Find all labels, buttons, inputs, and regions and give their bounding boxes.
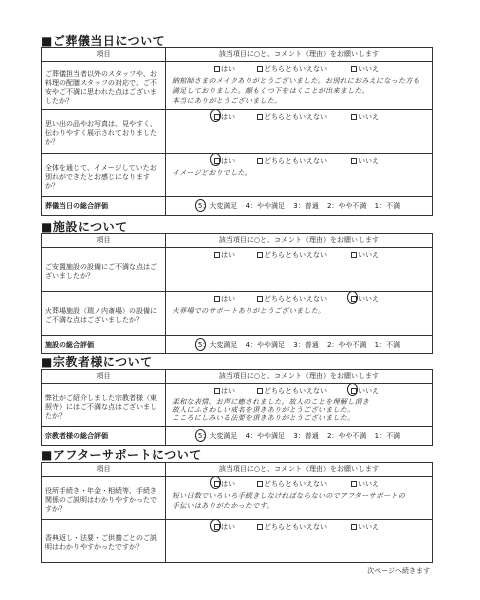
option-yes[interactable]: はい bbox=[214, 64, 235, 74]
header-item: 項目 bbox=[42, 463, 166, 477]
header-answer: 該当項目に○と、コメント（理由）をお願いします bbox=[166, 234, 433, 248]
option-no[interactable]: いいえ bbox=[351, 386, 379, 396]
option-no[interactable]: いいえ bbox=[351, 522, 379, 532]
checkbox-icon bbox=[351, 66, 357, 72]
section-title-facility: ■施設について bbox=[41, 220, 128, 234]
option-neutral[interactable]: どちらともいえない bbox=[257, 479, 327, 489]
answer-cell: はい どちらともいえない いいえ 納棺師さまのメイクありがとうございました。お別… bbox=[166, 62, 433, 110]
answer-cell: はい どちらともいえない いいえ 火葬場でのサポートありがとうございました。 bbox=[166, 292, 433, 336]
question-row: 弊社がご紹介しました宗教者様（東照寺）にはご不満な点はございましたか？ はい ど… bbox=[42, 384, 433, 427]
question-text: 役所手続き・年金・相続等、手続き関係のご説明はわかりやすかったですか？ bbox=[42, 477, 166, 520]
question-row: ご葬儀担当者以外のスタッフや、お料理の配膳スタッフの対応で、ご不安やご不満に思わ… bbox=[42, 62, 433, 110]
option-no[interactable]: いいえ bbox=[351, 250, 379, 260]
checkbox-icon bbox=[257, 524, 263, 530]
rating-option-4[interactable]: 4：やや満足 bbox=[246, 432, 285, 440]
rating-scale: 5：大変満足 4：やや満足 3：普通 2：やや不満 1：不満 bbox=[166, 336, 433, 354]
checkbox-icon bbox=[257, 252, 263, 258]
handwritten-comment: 納棺師さまのメイクありがとうございました。お別れにおみえになった方も満足しており… bbox=[166, 74, 432, 106]
rating-option-5[interactable]: 5：大変満足 bbox=[198, 202, 237, 210]
option-no[interactable]: いいえ bbox=[351, 479, 379, 489]
rating-label: 葬儀当日の総合評価 bbox=[42, 197, 166, 216]
survey-table-facility: 項目 該当項目に○と、コメント（理由）をお願いします ご安置施設の設備にご不満な… bbox=[41, 233, 433, 354]
checkbox-icon bbox=[214, 66, 220, 72]
survey-table-after-support: 項目 該当項目に○と、コメント（理由）をお願いします 役所手続き・年金・相続等、… bbox=[41, 462, 433, 563]
option-yes[interactable]: はい bbox=[214, 112, 235, 122]
checkbox-icon bbox=[214, 388, 220, 394]
option-group: はい どちらともいえない いいえ bbox=[166, 248, 432, 260]
answer-cell: はい どちらともいえない いいえ bbox=[166, 248, 433, 292]
header-answer: 該当項目に○と、コメント（理由）をお願いします bbox=[166, 370, 433, 384]
option-group: はい どちらともいえない いいえ bbox=[166, 384, 432, 396]
rating-label: 宗教者様の総合評価 bbox=[42, 427, 166, 446]
option-neutral[interactable]: どちらともいえない bbox=[257, 250, 327, 260]
question-row: 思い出の品やお写真は、見やすく、伝わりやすく展示されておりましたか？ はい どち… bbox=[42, 110, 433, 154]
hand-circle-mark-icon bbox=[195, 429, 206, 442]
rating-option-2[interactable]: 2：やや不満 bbox=[327, 432, 366, 440]
option-neutral[interactable]: どちらともいえない bbox=[257, 386, 327, 396]
section-title-religious: ■宗教者様について bbox=[41, 355, 153, 369]
rating-option-3[interactable]: 3：普通 bbox=[293, 202, 318, 210]
option-no[interactable]: いいえ bbox=[351, 64, 379, 74]
handwritten-comment: イメージどおりでした。 bbox=[166, 166, 432, 178]
answer-cell: はい どちらともいえない いいえ イメージどおりでした。 bbox=[166, 154, 433, 197]
option-yes[interactable]: はい bbox=[214, 294, 235, 304]
rating-option-4[interactable]: 4：やや満足 bbox=[246, 341, 285, 349]
rating-option-1[interactable]: 1：不満 bbox=[375, 432, 400, 440]
question-row: ご安置施設の設備にご不満な点はございましたか？ はい どちらともいえない いいえ bbox=[42, 248, 433, 292]
option-neutral[interactable]: どちらともいえない bbox=[257, 112, 327, 122]
answer-cell: はい どちらともいえない いいえ 柔和な表情、お声に癒されました。故人のことを理… bbox=[166, 384, 433, 427]
question-row: 香典返し・法要・ご供養ごとのご説明はわかりやすかったですか？ はい どちらともい… bbox=[42, 520, 433, 563]
checkbox-icon bbox=[257, 388, 263, 394]
option-yes[interactable]: はい bbox=[214, 479, 235, 489]
handwritten-comment: 火葬場でのサポートありがとうございました。 bbox=[166, 304, 432, 316]
header-item: 項目 bbox=[42, 48, 166, 62]
option-yes[interactable]: はい bbox=[214, 250, 235, 260]
checkbox-icon bbox=[257, 296, 263, 302]
rating-label: 施設の総合評価 bbox=[42, 336, 166, 354]
question-text: 思い出の品やお写真は、見やすく、伝わりやすく展示されておりましたか？ bbox=[42, 110, 166, 154]
answer-cell: はい どちらともいえない いいえ bbox=[166, 520, 433, 563]
rating-option-3[interactable]: 3：普通 bbox=[293, 432, 318, 440]
option-neutral[interactable]: どちらともいえない bbox=[257, 156, 327, 166]
option-group: はい どちらともいえない いいえ bbox=[166, 520, 432, 532]
header-answer: 該当項目に○と、コメント（理由）をお願いします bbox=[166, 463, 433, 477]
survey-table-religious: 項目 該当項目に○と、コメント（理由）をお願いします 弊社がご紹介しました宗教者… bbox=[41, 369, 433, 446]
question-text: 火葬場施設（瑞ノ内斎場）の設備にご不満な点はございましたか？ bbox=[42, 292, 166, 336]
question-text: ご安置施設の設備にご不満な点はございましたか？ bbox=[42, 248, 166, 292]
rating-option-1[interactable]: 1：不満 bbox=[375, 202, 400, 210]
checkbox-icon bbox=[257, 114, 263, 120]
option-group: はい どちらともいえない いいえ bbox=[166, 62, 432, 74]
header-item: 項目 bbox=[42, 370, 166, 384]
question-text: 全体を通じて、イメージしていたお別れができたとお感じになりますか？ bbox=[42, 154, 166, 197]
checkbox-icon bbox=[351, 481, 357, 487]
handwritten-comment: 柔和な表情、お声に癒されました。故人のことを理解し頂き 故人にふさわしい戒名を頂… bbox=[166, 396, 432, 422]
hand-circle-mark-icon bbox=[347, 291, 358, 304]
checkbox-icon bbox=[214, 296, 220, 302]
checkbox-icon bbox=[214, 252, 220, 258]
option-no[interactable]: いいえ bbox=[351, 294, 379, 304]
hand-circle-mark-icon bbox=[347, 383, 358, 396]
answer-cell: はい どちらともいえない いいえ bbox=[166, 110, 433, 154]
option-neutral[interactable]: どちらともいえない bbox=[257, 294, 327, 304]
checkbox-icon bbox=[351, 524, 357, 530]
option-no[interactable]: いいえ bbox=[351, 112, 379, 122]
question-row: 火葬場施設（瑞ノ内斎場）の設備にご不満な点はございましたか？ はい どちらともい… bbox=[42, 292, 433, 336]
option-neutral[interactable]: どちらともいえない bbox=[257, 64, 327, 74]
option-group: はい どちらともいえない いいえ bbox=[166, 110, 432, 122]
rating-scale: 5：大変満足 4：やや満足 3：普通 2：やや不満 1：不満 bbox=[166, 197, 433, 216]
option-yes[interactable]: はい bbox=[214, 156, 235, 166]
checkbox-icon bbox=[257, 66, 263, 72]
header-answer: 該当項目に○と、コメント（理由）をお願いします bbox=[166, 48, 433, 62]
hand-circle-mark-icon bbox=[210, 153, 221, 166]
hand-circle-mark-icon bbox=[195, 338, 206, 351]
option-group: はい どちらともいえない いいえ bbox=[166, 477, 432, 489]
option-group: はい どちらともいえない いいえ bbox=[166, 292, 432, 304]
question-text: ご葬儀担当者以外のスタッフや、お料理の配膳スタッフの対応で、ご不安やご不満に思わ… bbox=[42, 62, 166, 110]
section-title-funeral-day: ■ご葬儀当日について bbox=[41, 34, 165, 48]
rating-option-2[interactable]: 2：やや不満 bbox=[327, 341, 366, 349]
rating-option-5[interactable]: 5：大変満足 bbox=[198, 341, 237, 349]
question-row: 全体を通じて、イメージしていたお別れができたとお感じになりますか？ はい どちら… bbox=[42, 154, 433, 197]
rating-option-1[interactable]: 1：不満 bbox=[375, 341, 400, 349]
rating-row: 宗教者様の総合評価 5：大変満足 4：やや満足 3：普通 2：やや不満 1：不満 bbox=[42, 427, 433, 446]
section-title-after-support: ■アフターサポートについて bbox=[41, 448, 202, 462]
option-neutral[interactable]: どちらともいえない bbox=[257, 522, 327, 532]
header-item: 項目 bbox=[42, 234, 166, 248]
checkbox-icon bbox=[351, 114, 357, 120]
question-row: 役所手続き・年金・相続等、手続き関係のご説明はわかりやすかったですか？ はい ど… bbox=[42, 477, 433, 520]
rating-option-2[interactable]: 2：やや不満 bbox=[327, 202, 366, 210]
checkbox-icon bbox=[351, 252, 357, 258]
question-text: 弊社がご紹介しました宗教者様（東照寺）にはご不満な点はございましたか？ bbox=[42, 384, 166, 427]
option-no[interactable]: いいえ bbox=[351, 156, 379, 166]
rating-option-4[interactable]: 4：やや満足 bbox=[246, 202, 285, 210]
option-yes[interactable]: はい bbox=[214, 386, 235, 396]
checkbox-icon bbox=[351, 158, 357, 164]
rating-row: 施設の総合評価 5：大変満足 4：やや満足 3：普通 2：やや不満 1：不満 bbox=[42, 336, 433, 354]
checkbox-icon bbox=[257, 481, 263, 487]
hand-circle-mark-icon bbox=[210, 109, 221, 122]
question-text: 香典返し・法要・ご供養ごとのご説明はわかりやすかったですか？ bbox=[42, 520, 166, 563]
checkbox-icon bbox=[257, 158, 263, 164]
hand-circle-mark-icon bbox=[210, 476, 221, 489]
rating-row: 葬儀当日の総合評価 5：大変満足 4：やや満足 3：普通 2：やや不満 1：不満 bbox=[42, 197, 433, 216]
hand-circle-mark-icon bbox=[195, 199, 206, 212]
option-yes[interactable]: はい bbox=[214, 522, 235, 532]
handwritten-comment: 短い日数でいろいろ手続きしなければならないのでアフターサポートの 手伝いはありが… bbox=[166, 489, 432, 511]
answer-cell: はい どちらともいえない いいえ 短い日数でいろいろ手続きしなければならないので… bbox=[166, 477, 433, 520]
rating-option-5[interactable]: 5：大変満足 bbox=[198, 432, 237, 440]
survey-table-funeral-day: 項目 該当項目に○と、コメント（理由）をお願いします ご葬儀担当者以外のスタッフ… bbox=[41, 47, 433, 216]
continued-next-page-note: 次ページへ続きます bbox=[367, 566, 430, 576]
hand-circle-mark-icon bbox=[210, 519, 221, 532]
option-group: はい どちらともいえない いいえ bbox=[166, 154, 432, 166]
rating-scale: 5：大変満足 4：やや満足 3：普通 2：やや不満 1：不満 bbox=[166, 427, 433, 446]
rating-option-3[interactable]: 3：普通 bbox=[293, 341, 318, 349]
